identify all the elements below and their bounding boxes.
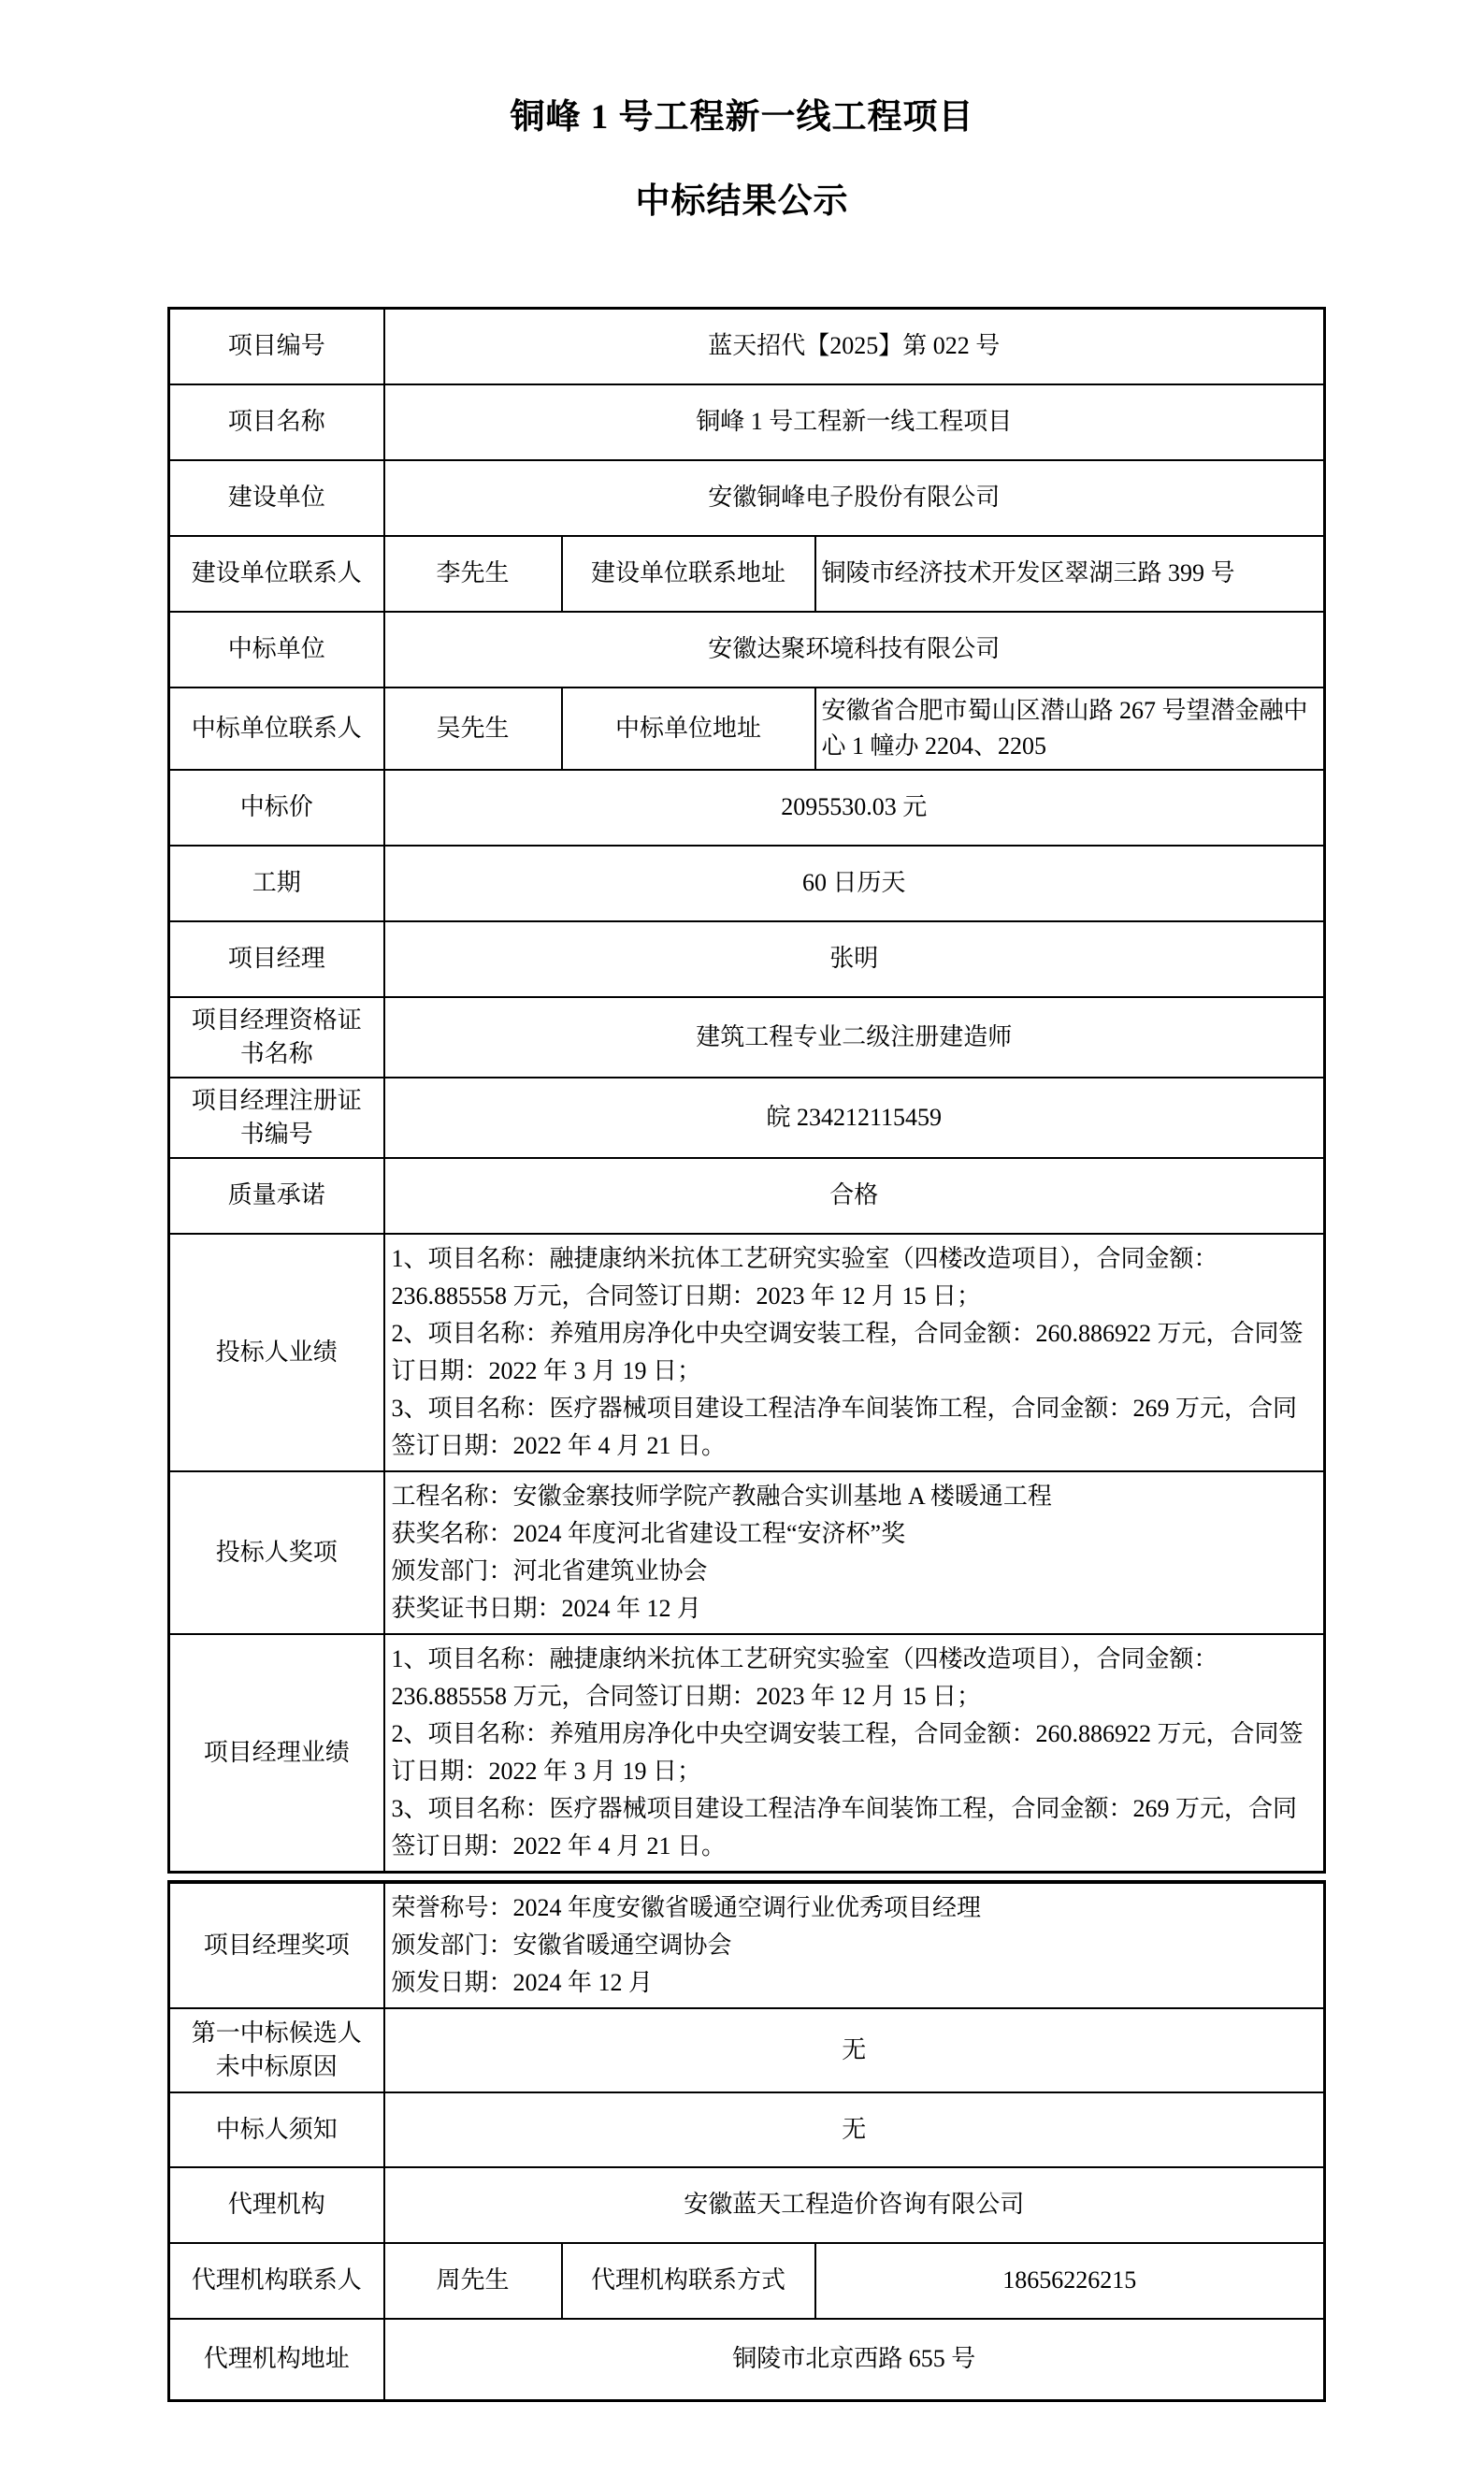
- award-line: 获奖名称：2024 年度河北省建设工程“安济杯”奖: [392, 1515, 1315, 1553]
- achievement-line: 2、项目名称：养殖用房净化中央空调安装工程，合同金额：260.886922 万元…: [392, 1315, 1315, 1390]
- value-winner-contact: 吴先生: [384, 687, 562, 770]
- value-agency: 安徽蓝天工程造价咨询有限公司: [384, 2167, 1325, 2243]
- achievement-line: 3、项目名称：医疗器械项目建设工程洁净车间装饰工程，合同金额：269 万元，合同…: [392, 1390, 1315, 1465]
- label-bid-price: 中标价: [169, 770, 384, 846]
- value-owner-contact: 李先生: [384, 536, 562, 612]
- value-winner-address: 安徽省合肥市蜀山区潜山路 267 号望潜金融中心 1 幢办 2204、2205: [815, 687, 1325, 770]
- table-row-project-name: 项目名称 铜峰 1 号工程新一线工程项目: [169, 384, 1325, 460]
- bid-result-table-main: 项目编号 蓝天招代【2025】第 022 号 项目名称 铜峰 1 号工程新一线工…: [167, 307, 1326, 1874]
- table-row-duration: 工期 60 日历天: [169, 846, 1325, 921]
- value-project-manager: 张明: [384, 921, 1325, 997]
- label-winner-contact: 中标单位联系人: [169, 687, 384, 770]
- value-project-name: 铜峰 1 号工程新一线工程项目: [384, 384, 1325, 460]
- value-manager-cert-number: 皖 234212115459: [384, 1078, 1325, 1158]
- table-row-bidder-awards: 投标人奖项 工程名称：安徽金寨技师学院产教融合实训基地 A 楼暖通工程 获奖名称…: [169, 1471, 1325, 1634]
- table-row-bidder-achievements: 投标人业绩 1、项目名称：融捷康纳米抗体工艺研究实验室（四楼改造项目），合同金额…: [169, 1234, 1325, 1471]
- value-first-candidate-reason: 无: [384, 2008, 1325, 2092]
- label-winner-address: 中标单位地址: [562, 687, 815, 770]
- value-bidder-achievements: 1、项目名称：融捷康纳米抗体工艺研究实验室（四楼改造项目），合同金额：236.8…: [384, 1234, 1325, 1471]
- table-row-winner-contact: 中标单位联系人 吴先生 中标单位地址 安徽省合肥市蜀山区潜山路 267 号望潜金…: [169, 687, 1325, 770]
- table-row-quality-commitment: 质量承诺 合格: [169, 1158, 1325, 1234]
- label-manager-awards: 项目经理奖项: [169, 1882, 384, 2008]
- award-line: 颁发部门：安徽省暖通空调协会: [392, 1927, 1315, 1964]
- table-row-manager-cert-name: 项目经理资格证书名称 建筑工程专业二级注册建造师: [169, 997, 1325, 1078]
- value-duration: 60 日历天: [384, 846, 1325, 921]
- table-row-winner-notice: 中标人须知 无: [169, 2092, 1325, 2167]
- label-owner-unit: 建设单位: [169, 460, 384, 536]
- table-row-winner-unit: 中标单位 安徽达聚环境科技有限公司: [169, 612, 1325, 687]
- award-line: 工程名称：安徽金寨技师学院产教融合实训基地 A 楼暖通工程: [392, 1478, 1315, 1515]
- table-row-project-number: 项目编号 蓝天招代【2025】第 022 号: [169, 309, 1325, 384]
- achievement-line: 1、项目名称：融捷康纳米抗体工艺研究实验室（四楼改造项目），合同金额：236.8…: [392, 1641, 1315, 1715]
- label-bidder-achievements: 投标人业绩: [169, 1234, 384, 1471]
- bid-result-table-continued: 项目经理奖项 荣誉称号：2024 年度安徽省暖通空调行业优秀项目经理 颁发部门：…: [167, 1880, 1326, 2403]
- value-manager-awards: 荣誉称号：2024 年度安徽省暖通空调行业优秀项目经理 颁发部门：安徽省暖通空调…: [384, 1882, 1325, 2008]
- table-row-owner-unit: 建设单位 安徽铜峰电子股份有限公司: [169, 460, 1325, 536]
- value-agency-phone: 18656226215: [815, 2243, 1325, 2319]
- value-manager-cert-name: 建筑工程专业二级注册建造师: [384, 997, 1325, 1078]
- table-row-first-candidate-reason: 第一中标候选人未中标原因 无: [169, 2008, 1325, 2092]
- label-manager-achievements: 项目经理业绩: [169, 1634, 384, 1873]
- label-bidder-awards: 投标人奖项: [169, 1471, 384, 1634]
- label-first-candidate-reason: 第一中标候选人未中标原因: [169, 2008, 384, 2092]
- label-winner-unit: 中标单位: [169, 612, 384, 687]
- label-agency-contact: 代理机构联系人: [169, 2243, 384, 2319]
- label-project-name: 项目名称: [169, 384, 384, 460]
- label-manager-cert-number: 项目经理注册证书编号: [169, 1078, 384, 1158]
- award-line: 获奖证书日期：2024 年 12 月: [392, 1590, 1315, 1628]
- value-manager-achievements: 1、项目名称：融捷康纳米抗体工艺研究实验室（四楼改造项目），合同金额：236.8…: [384, 1634, 1325, 1873]
- table-row-owner-contact: 建设单位联系人 李先生 建设单位联系地址 铜陵市经济技术开发区翠湖三路 399 …: [169, 536, 1325, 612]
- label-agency-phone: 代理机构联系方式: [562, 2243, 815, 2319]
- value-quality-commitment: 合格: [384, 1158, 1325, 1234]
- table-row-manager-cert-number: 项目经理注册证书编号 皖 234212115459: [169, 1078, 1325, 1158]
- label-project-number: 项目编号: [169, 309, 384, 384]
- page-title-line1: 铜峰 1 号工程新一线工程项目: [0, 0, 1484, 138]
- value-project-number: 蓝天招代【2025】第 022 号: [384, 309, 1325, 384]
- value-agency-address: 铜陵市北京西路 655 号: [384, 2319, 1325, 2401]
- value-bidder-awards: 工程名称：安徽金寨技师学院产教融合实训基地 A 楼暖通工程 获奖名称：2024 …: [384, 1471, 1325, 1634]
- label-duration: 工期: [169, 846, 384, 921]
- table-row-agency-address: 代理机构地址 铜陵市北京西路 655 号: [169, 2319, 1325, 2401]
- table-row-agency-contact: 代理机构联系人 周先生 代理机构联系方式 18656226215: [169, 2243, 1325, 2319]
- label-manager-cert-name: 项目经理资格证书名称: [169, 997, 384, 1078]
- value-bid-price: 2095530.03 元: [384, 770, 1325, 846]
- achievement-line: 3、项目名称：医疗器械项目建设工程洁净车间装饰工程，合同金额：269 万元，合同…: [392, 1790, 1315, 1865]
- table-row-project-manager: 项目经理 张明: [169, 921, 1325, 997]
- achievement-line: 2、项目名称：养殖用房净化中央空调安装工程，合同金额：260.886922 万元…: [392, 1715, 1315, 1790]
- label-agency-address: 代理机构地址: [169, 2319, 384, 2401]
- value-winner-unit: 安徽达聚环境科技有限公司: [384, 612, 1325, 687]
- table-row-agency: 代理机构 安徽蓝天工程造价咨询有限公司: [169, 2167, 1325, 2243]
- value-winner-notice: 无: [384, 2092, 1325, 2167]
- table-row-manager-awards: 项目经理奖项 荣誉称号：2024 年度安徽省暖通空调行业优秀项目经理 颁发部门：…: [169, 1882, 1325, 2008]
- table-row-manager-achievements: 项目经理业绩 1、项目名称：融捷康纳米抗体工艺研究实验室（四楼改造项目），合同金…: [169, 1634, 1325, 1873]
- label-owner-address: 建设单位联系地址: [562, 536, 815, 612]
- achievement-line: 1、项目名称：融捷康纳米抗体工艺研究实验室（四楼改造项目），合同金额：236.8…: [392, 1240, 1315, 1315]
- value-owner-unit: 安徽铜峰电子股份有限公司: [384, 460, 1325, 536]
- value-agency-contact: 周先生: [384, 2243, 562, 2319]
- label-winner-notice: 中标人须知: [169, 2092, 384, 2167]
- label-quality-commitment: 质量承诺: [169, 1158, 384, 1234]
- award-line: 颁发日期：2024 年 12 月: [392, 1964, 1315, 2002]
- award-line: 荣誉称号：2024 年度安徽省暖通空调行业优秀项目经理: [392, 1889, 1315, 1927]
- value-owner-address: 铜陵市经济技术开发区翠湖三路 399 号: [815, 536, 1325, 612]
- page-title-line2: 中标结果公示: [0, 172, 1484, 223]
- label-agency: 代理机构: [169, 2167, 384, 2243]
- table-row-bid-price: 中标价 2095530.03 元: [169, 770, 1325, 846]
- label-owner-contact: 建设单位联系人: [169, 536, 384, 612]
- label-project-manager: 项目经理: [169, 921, 384, 997]
- award-line: 颁发部门：河北省建筑业协会: [392, 1553, 1315, 1590]
